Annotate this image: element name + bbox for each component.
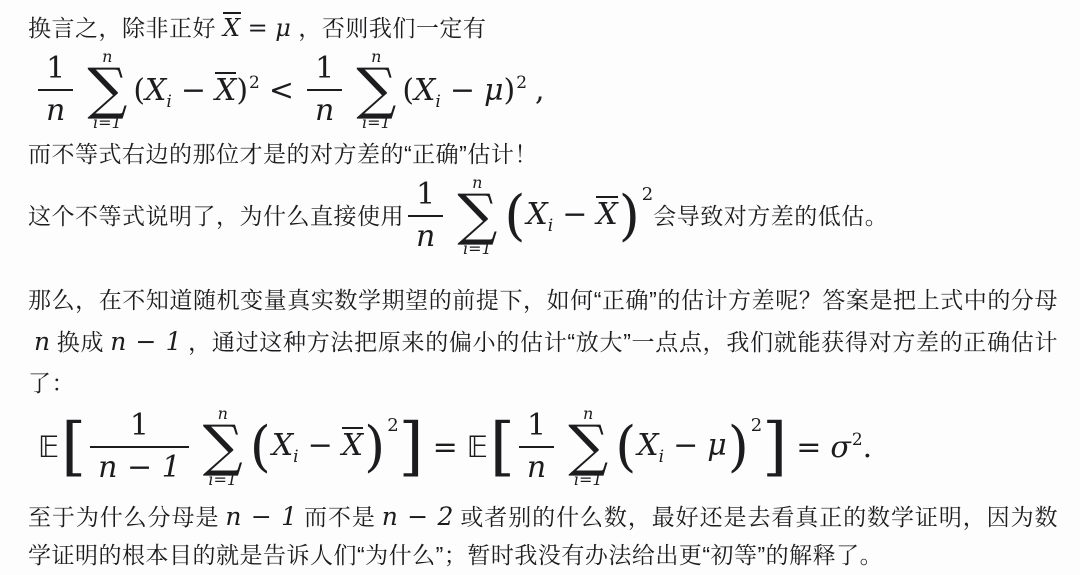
summation-i-1-to-n: n∑i=1 xyxy=(356,48,396,133)
term-xi-minus-mu-squared: (Xi−μ)2, xyxy=(402,73,544,108)
fraction-1-over-n-minus-1: 1n − 1 xyxy=(90,411,189,483)
intro-line: 换言之，除非正好X=μ，否则我们一定有 xyxy=(28,12,1058,44)
minus-sign: − xyxy=(562,197,587,232)
correction-text-1: 那么，在不知道随机变量真实数学期望的前提下，如何“正确”的估计方差呢？答案是把上… xyxy=(28,287,1058,313)
i-subscript: i xyxy=(435,92,440,112)
fraction-1-over-n: 1n xyxy=(38,54,73,126)
sigma-sum-icon: ∑ xyxy=(87,66,127,114)
term-xi-minus-xbar-squared: (Xi−X)2 xyxy=(249,416,399,478)
summation-i-1-to-n: n∑i=1 xyxy=(203,405,243,490)
squared-exponent: 2 xyxy=(249,73,260,93)
document-page: 换言之，除非正好X=μ，否则我们一定有 1n n∑i=1 (Xi−X)2 < 1… xyxy=(0,0,1080,574)
equals-sign: = xyxy=(248,14,269,42)
fraction-1-over-n: 1n xyxy=(307,54,342,126)
summation-i-1-to-n: n∑i=1 xyxy=(457,174,497,259)
mu-symbol: μ xyxy=(707,428,727,463)
minus-sign: − xyxy=(673,428,698,463)
i-subscript: i xyxy=(166,92,171,112)
x-variable: X xyxy=(145,73,166,108)
intro-text-before: 换言之，除非正好 xyxy=(28,15,216,41)
squared-exponent: 2 xyxy=(751,415,762,436)
squared-exponent: 2 xyxy=(852,430,863,450)
minus-sign: − xyxy=(181,73,206,108)
sum-lower-limit: i=1 xyxy=(93,114,122,132)
xbar-symbol: X xyxy=(215,72,236,106)
summation-i-1-to-n: n∑i=1 xyxy=(568,405,608,490)
xbar-symbol: X xyxy=(223,12,241,40)
summation-i-1-to-n: n∑i=1 xyxy=(87,48,127,133)
paragraph-closing: 至于为什么分母是n − 1而不是n − 2或者别的什么数，最好还是去看真正的数学… xyxy=(28,498,1058,574)
fraction-numerator: 1 xyxy=(38,54,73,89)
x-variable: X xyxy=(637,428,658,463)
fraction-numerator: 1 xyxy=(408,180,443,215)
squared-exponent: 2 xyxy=(642,184,653,205)
minus-sign: − xyxy=(308,428,333,463)
x-variable: X xyxy=(414,73,435,108)
fraction-denominator: n − 1 xyxy=(90,446,189,483)
sum-lower-limit: i=1 xyxy=(463,240,492,258)
x-variable: X xyxy=(526,197,547,232)
intro-text-after: ，否则我们一定有 xyxy=(298,15,486,41)
big-close-paren: ) xyxy=(619,185,640,247)
fraction-denominator: n xyxy=(519,446,554,483)
fraction-numerator: 1 xyxy=(519,411,554,446)
paragraph-correction: 那么，在不知道随机变量真实数学期望的前提下，如何“正确”的估计方差呢？答案是把上… xyxy=(28,280,1058,404)
sum-lower-limit: i=1 xyxy=(208,471,237,489)
term-xi-minus-mu-squared: (Xi−μ)2 xyxy=(614,416,762,478)
squared-exponent: 2 xyxy=(387,415,398,436)
sigma-squared-result: σ2. xyxy=(830,430,872,465)
xbar-symbol: X xyxy=(342,427,363,461)
explanation-text-before: 这个不等式说明了，为什么直接使用 xyxy=(28,200,404,232)
less-than-sign: < xyxy=(269,73,294,108)
sigma-sum-icon: ∑ xyxy=(457,192,497,240)
big-close-bracket: ] xyxy=(762,411,787,483)
fraction-denominator: n xyxy=(408,215,443,252)
sigma-sum-icon: ∑ xyxy=(203,423,243,471)
fraction-denominator: n xyxy=(307,89,342,126)
explanation-line: 这个不等式说明了，为什么直接使用 1n n∑i=1 (Xi−X)2 会导致对方差… xyxy=(28,176,1058,256)
n-minus-2-symbol: n − 2 xyxy=(382,502,454,531)
inline-math-xbar-equals-mu: X=μ xyxy=(223,14,291,42)
expectation-symbol: 𝔼 xyxy=(467,430,488,464)
big-open-bracket: [ xyxy=(490,411,515,483)
fraction-numerator: 1 xyxy=(122,411,157,446)
term-xi-minus-xbar-squared: (Xi−X)2 xyxy=(503,185,653,247)
big-open-paren: ( xyxy=(615,416,636,478)
big-close-paren: ) xyxy=(364,416,385,478)
i-subscript: i xyxy=(659,447,664,467)
formula-unbiased-expectation: 𝔼 [ 1n − 1 n∑i=1 (Xi−X)2 ] = 𝔼 [ 1n n∑i=… xyxy=(38,404,1058,490)
sigma-sum-icon: ∑ xyxy=(356,66,396,114)
close-paren: ) xyxy=(503,73,515,108)
equals-sign: = xyxy=(796,430,821,465)
big-close-paren: ) xyxy=(728,416,749,478)
sigma-symbol: σ xyxy=(830,430,850,465)
mu-symbol: μ xyxy=(484,73,504,108)
closing-text-1: 至于为什么分母是 xyxy=(28,504,219,530)
n-minus-1-symbol: n − 1 xyxy=(110,327,182,356)
fraction-denominator: n xyxy=(38,89,73,126)
squared-exponent: 2 xyxy=(516,73,527,93)
sigma-sum-icon: ∑ xyxy=(568,423,608,471)
big-open-paren: ( xyxy=(504,185,525,247)
open-paren: ( xyxy=(133,73,145,108)
big-open-paren: ( xyxy=(250,416,271,478)
x-variable: X xyxy=(272,428,293,463)
big-open-bracket: [ xyxy=(61,411,86,483)
n-symbol: n xyxy=(34,327,51,356)
inline-formula-biased-estimator: 1n n∑i=1 (Xi−X)2 xyxy=(404,174,653,259)
remark-line: 而不等式右边的那位才是的对方差的“正确”估计！ xyxy=(28,138,1058,170)
close-paren: ) xyxy=(236,73,248,108)
mu-symbol: μ xyxy=(275,14,291,42)
correction-text-3: ，通过这种方法把原来的偏小的估计“放大”一点点，我们就能获得对方差的正确估计了： xyxy=(28,329,1058,396)
open-paren: ( xyxy=(402,73,414,108)
equals-sign: = xyxy=(433,430,458,465)
term-xi-minus-xbar-squared: (Xi−X)2 xyxy=(133,72,260,108)
sum-lower-limit: i=1 xyxy=(362,114,391,132)
explanation-text-after: 会导致对方差的低估。 xyxy=(653,200,888,232)
fraction-numerator: 1 xyxy=(307,54,342,89)
fraction-1-over-n: 1n xyxy=(408,180,443,252)
big-close-bracket: ] xyxy=(399,411,424,483)
closing-text-2: 而不是 xyxy=(304,504,376,530)
n-minus-1-symbol: n − 1 xyxy=(225,502,297,531)
xbar-symbol: X xyxy=(596,196,617,230)
i-subscript: i xyxy=(548,216,553,236)
trailing-comma: , xyxy=(535,73,545,108)
i-subscript: i xyxy=(293,447,298,467)
sum-lower-limit: i=1 xyxy=(574,471,603,489)
fraction-1-over-n: 1n xyxy=(519,411,554,483)
trailing-period: . xyxy=(863,430,873,465)
minus-sign: − xyxy=(450,73,475,108)
expectation-symbol: 𝔼 xyxy=(38,430,59,464)
correction-text-2: 换成 xyxy=(57,329,105,355)
formula-variance-inequality: 1n n∑i=1 (Xi−X)2 < 1n n∑i=1 (Xi−μ)2, xyxy=(34,50,1058,130)
